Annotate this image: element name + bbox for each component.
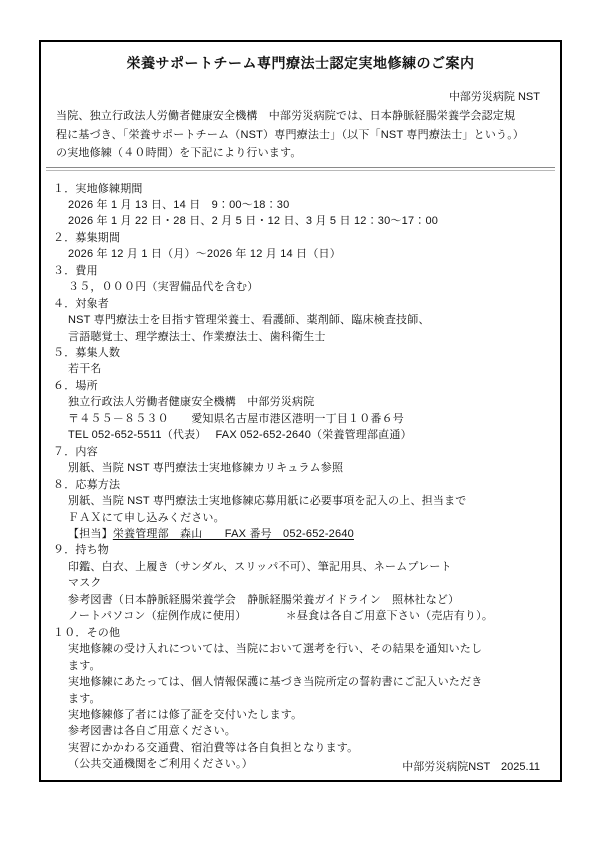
section-line: 言語聴覚士、理学療法士、作業療法士、歯科衛生士 [41,329,560,345]
section-line: ノートパソコン（症例作成に使用） ＊昼食は各自ご用意下さい（売店有り）。 [41,608,560,624]
section-line: 2026 年 1 月 13 日、14 日 9：00～18：30 [41,197,560,213]
section-line: ます。 [41,691,560,707]
intro-line: の実地修練（４０時間）を下記により行います。 [56,144,550,163]
section-line: 実地修練にあたっては、個人情報保護に基づき当院所定の誓約書にご記入いただき [41,674,560,690]
contact-underlined: 栄養管理部 森山 FAX 番号 052-652-2640 [113,528,354,540]
section: １．実地修練期間2026 年 1 月 13 日、14 日 9：00～18：302… [41,181,560,230]
section-line: 印鑑、白衣、上履き（サンダル、スリッパ不可）、筆記用具、ネームプレート [41,559,560,575]
section: ５．募集人数若干名 [41,345,560,378]
sections-container: １．実地修練期間2026 年 1 月 13 日、14 日 9：00～18：302… [41,181,560,773]
section: ８．応募方法別紙、当院 NST 専門療法士実地修練応募用紙に必要事項を記入の上、… [41,477,560,543]
section: ３．費用３５，０００円（実習備品代を含む） [41,263,560,296]
section-heading: ６．場所 [41,378,560,394]
section-line: 実地修練修了者には修了証を交付いたします。 [41,707,560,723]
section-line: 2026 年 1 月 22 日・28 日、2 月 5 日・12 日、3 月 5 … [41,213,560,229]
section-line: 〒４５５－８５３０ 愛知県名古屋市港区港明一丁目１０番６号 [41,411,560,427]
section-line: 参考図書は各自ご用意ください。 [41,723,560,739]
section-line: 別紙、当院 NST 専門療法士実地修練カリキュラム参照 [41,460,560,476]
section-heading: １．実地修練期間 [41,181,560,197]
section-line: ３５，０００円（実習備品代を含む） [41,279,560,295]
section: １０．その他実地修練の受け入れについては、当院において選考を行い、その結果を通知… [41,625,560,773]
divider-rule [46,167,555,171]
section: ９．持ち物印鑑、白衣、上履き（サンダル、スリッパ不可）、筆記用具、ネームプレート… [41,542,560,624]
byline: 中部労災病院 NST [41,88,560,104]
intro-paragraph: 当院、独立行政法人労働者健康安全機構 中部労災病院では、日本静脈経腸栄養学会認定… [41,107,560,163]
section-heading: ２．募集期間 [41,230,560,246]
document-title: 栄養サポートチーム専門療法士認定実地修練のご案内 [41,53,560,73]
section-line: 独立行政法人労働者健康安全機構 中部労災病院 [41,394,560,410]
section-heading: ４．対象者 [41,296,560,312]
section-heading: １０．その他 [41,625,560,641]
document-frame: 栄養サポートチーム専門療法士認定実地修練のご案内 中部労災病院 NST 当院、独… [39,40,562,782]
section-line: ＦＡＸにて申し込みください。 [41,510,560,526]
footer-note: 中部労災病院NST 2025.11 [402,758,540,774]
section-line: マスク [41,575,560,591]
section-heading: ９．持ち物 [41,542,560,558]
section: ４．対象者NST 専門療法士を目指す管理栄養士、看護師、薬剤師、臨床検査技師、言… [41,296,560,345]
page: 栄養サポートチーム専門療法士認定実地修練のご案内 中部労災病院 NST 当院、独… [0,0,595,842]
section-line: 2026 年 12 月 1 日（月）～2026 年 12 月 14 日（日） [41,246,560,262]
section-line: 若干名 [41,361,560,377]
section-heading: ８．応募方法 [41,477,560,493]
section-line: 実習にかかわる交通費、宿泊費等は各自負担となります。 [41,740,560,756]
section: ７．内容別紙、当院 NST 専門療法士実地修練カリキュラム参照 [41,444,560,477]
section-line: 別紙、当院 NST 専門療法士実地修練応募用紙に必要事項を記入の上、担当まで [41,493,560,509]
section-heading: ５．募集人数 [41,345,560,361]
section-line: ます。 [41,658,560,674]
section: ２．募集期間2026 年 12 月 1 日（月）～2026 年 12 月 14 … [41,230,560,263]
section-line: 【担当】栄養管理部 森山 FAX 番号 052-652-2640 [41,526,560,542]
intro-line: 程に基づき、「栄養サポートチーム（NST）専門療法士」（以下「NST 専門療法士… [56,126,550,145]
section-heading: ３．費用 [41,263,560,279]
section-line: TEL 052-652-5511（代表） FAX 052-652-2640（栄養… [41,427,560,443]
section-line: 実地修練の受け入れについては、当院において選考を行い、その結果を通知いたし [41,641,560,657]
contact-label: 【担当】 [68,528,113,540]
section-line: 参考図書（日本静脈経腸栄養学会 静脈経腸栄養ガイドライン 照林社など） [41,592,560,608]
section: ６．場所独立行政法人労働者健康安全機構 中部労災病院〒４５５－８５３０ 愛知県名… [41,378,560,444]
section-line: NST 専門療法士を目指す管理栄養士、看護師、薬剤師、臨床検査技師、 [41,312,560,328]
intro-line: 当院、独立行政法人労働者健康安全機構 中部労災病院では、日本静脈経腸栄養学会認定… [56,107,550,126]
section-heading: ７．内容 [41,444,560,460]
